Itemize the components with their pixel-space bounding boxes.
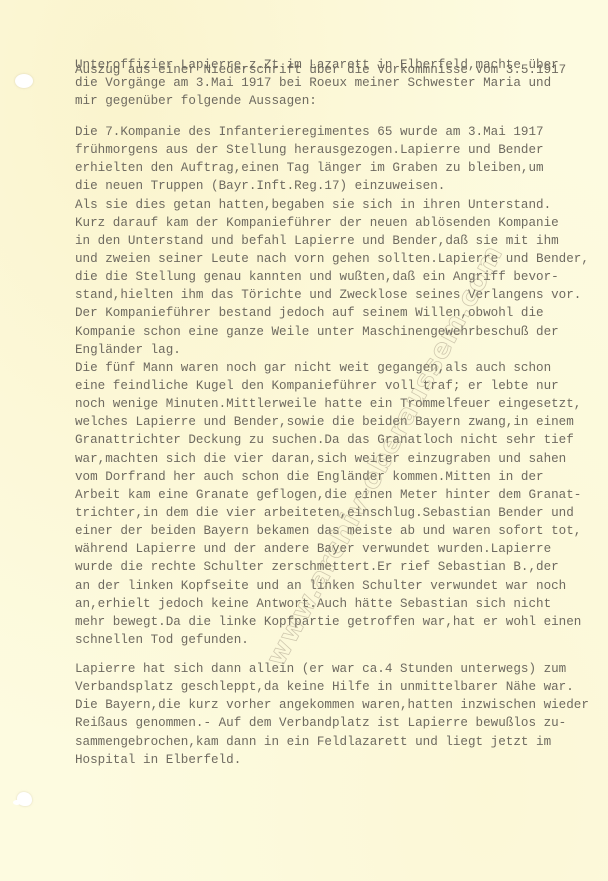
text-line: und zweien seiner Leute nach vorn gehen … bbox=[75, 250, 605, 268]
text-line: Kurz darauf kam der Kompanieführer der n… bbox=[75, 214, 605, 232]
text-line: Unteroffizier Lapierre,z.Zt.im Lazarett … bbox=[75, 56, 605, 74]
text-line: noch wenige Minuten.Mittlerweile hatte e… bbox=[75, 395, 605, 413]
punch-hole-top bbox=[15, 74, 33, 88]
text-line: die neuen Truppen (Bayr.Inft.Reg.17) ein… bbox=[75, 177, 605, 195]
text-line: erhielten den Auftrag,einen Tag länger i… bbox=[75, 159, 605, 177]
text-line: mir gegenüber folgende Aussagen: bbox=[75, 92, 605, 110]
text-line: die die Stellung genau kannten und wußte… bbox=[75, 268, 605, 286]
text-line: Die fünf Mann waren noch gar nicht weit … bbox=[75, 359, 605, 377]
text-line: welches Lapierre und Bender,sowie die be… bbox=[75, 413, 605, 431]
text-line: Verbandsplatz geschleppt,da keine Hilfe … bbox=[75, 678, 605, 696]
punch-hole-bottom bbox=[17, 792, 32, 806]
text-line: frühmorgens aus der Stellung herausgezog… bbox=[75, 141, 605, 159]
text-line: Die 7.Kompanie des Infanterieregimentes … bbox=[75, 123, 605, 141]
paragraph-account: Die 7.Kompanie des Infanterieregimentes … bbox=[75, 123, 605, 649]
text-line: Kompanie schon eine ganze Weile unter Ma… bbox=[75, 323, 605, 341]
text-line: wurde die rechte Schulter zerschmettert.… bbox=[75, 558, 605, 576]
text-line: Als sie dies getan hatten,begaben sie si… bbox=[75, 196, 605, 214]
text-line: an,erhielt jedoch keine Antwort.Auch hät… bbox=[75, 595, 605, 613]
text-line: Lapierre hat sich dann allein (er war ca… bbox=[75, 660, 605, 678]
text-line: Reißaus genommen.- Auf dem Verbandplatz … bbox=[75, 714, 605, 732]
text-line: vom Dorfrand her auch schon die Englände… bbox=[75, 468, 605, 486]
text-line: die Vorgänge am 3.Mai 1917 bei Roeux mei… bbox=[75, 74, 605, 92]
text-line: Hospital in Elberfeld. bbox=[75, 751, 605, 769]
text-line: sammengebrochen,kam dann in ein Feldlaza… bbox=[75, 733, 605, 751]
text-line: Engländer lag. bbox=[75, 341, 605, 359]
text-line: war,machten sich die vier daran,sich wei… bbox=[75, 450, 605, 468]
text-line: trichter,in dem die vier arbeiteten,eins… bbox=[75, 504, 605, 522]
text-line: einer der beiden Bayern bekamen das meis… bbox=[75, 522, 605, 540]
paragraph-intro: Unteroffizier Lapierre,z.Zt.im Lazarett … bbox=[75, 56, 605, 110]
text-line: Die Bayern,die kurz vorher angekommen wa… bbox=[75, 696, 605, 714]
text-line: eine feindliche Kugel den Kompanieführer… bbox=[75, 377, 605, 395]
text-line: stand,hielten ihm das Törichte und Zweck… bbox=[75, 286, 605, 304]
text-line: in den Unterstand und befahl Lapierre un… bbox=[75, 232, 605, 250]
document-page: Auszug aus einer Niederschrift über die … bbox=[0, 0, 608, 881]
text-line: Granattrichter Deckung zu suchen.Da das … bbox=[75, 431, 605, 449]
text-line: schnellen Tod gefunden. bbox=[75, 631, 605, 649]
text-line: mehr bewegt.Da die linke Kopfpartie getr… bbox=[75, 613, 605, 631]
text-line: Der Kompanieführer bestand jedoch auf se… bbox=[75, 304, 605, 322]
text-line: während Lapierre und der andere Bayer ve… bbox=[75, 540, 605, 558]
text-line: Arbeit kam eine Granate geflogen,die ein… bbox=[75, 486, 605, 504]
paragraph-aftermath: Lapierre hat sich dann allein (er war ca… bbox=[75, 660, 605, 769]
text-line: an der linken Kopfseite und an linken Sc… bbox=[75, 577, 605, 595]
